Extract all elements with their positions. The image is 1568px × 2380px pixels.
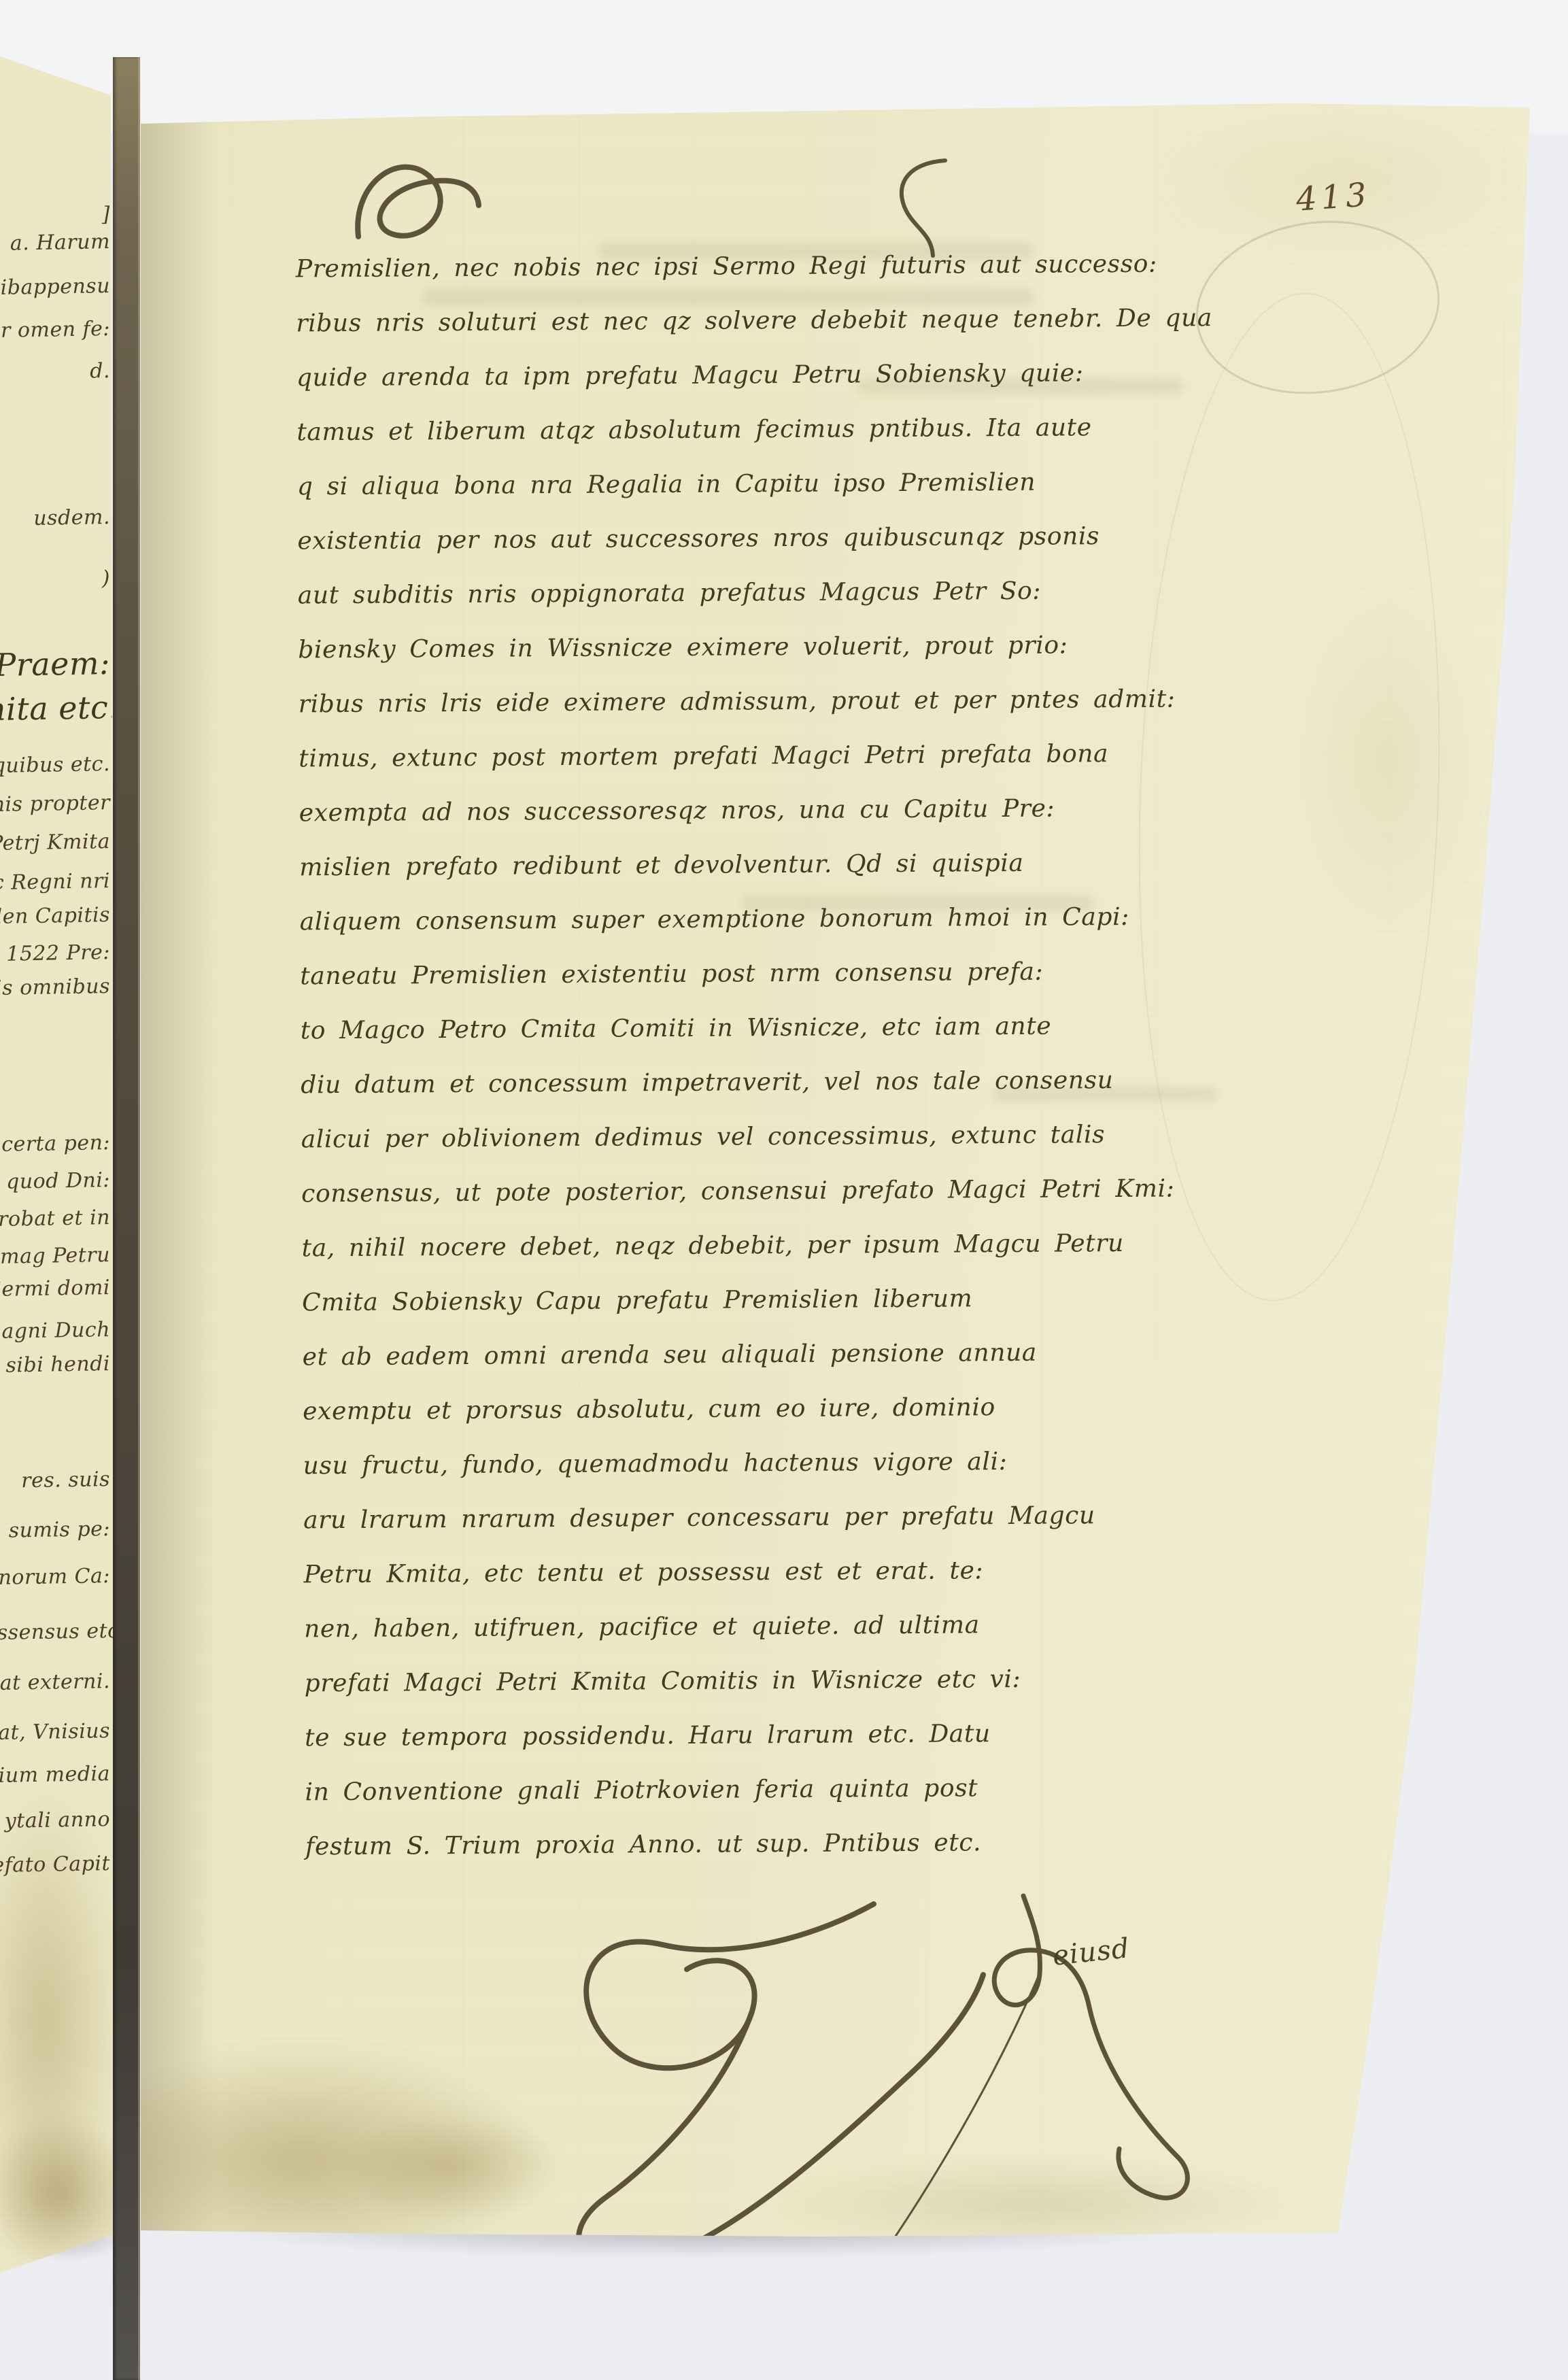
text-line: prefati Magci Petri Kmita Comitis in Wis…: [304, 1651, 1276, 1712]
left-page-fragment: apit 1522 Pre:: [0, 940, 114, 967]
body-text: Premislien, nec nobis nec ipsi Sermo Reg…: [296, 237, 1278, 1875]
text-line: diu datum et concessum impetraverit, vel…: [301, 1053, 1273, 1113]
left-page-fragment: Colen Capitis: [0, 903, 114, 930]
left-page-fragment: magni Duch: [0, 1318, 114, 1344]
manuscript-page: 413 Premislien, nec nobis nec ipsi Sermo…: [0, 0, 1568, 2380]
left-page-fragment: ytali anno: [0, 1807, 114, 1834]
text-line: Premislien, nec nobis nec ipsi Sermo Reg…: [296, 237, 1268, 297]
text-line: aliquem consensum super exemptione bonor…: [300, 889, 1272, 950]
left-page-fragment: usdem.: [0, 505, 114, 532]
left-page-fragment: d.: [0, 359, 114, 386]
text-line: q si aliqua bona nra Regalia in Capitu i…: [297, 454, 1269, 515]
left-page-fragment: ibappensu: [0, 274, 114, 301]
text-line: ribus nris soluturi est nec qz solvere d…: [296, 291, 1268, 352]
left-page-fragment: res. suis: [0, 1467, 114, 1494]
gutter-shadow: [136, 102, 218, 2237]
left-page-fragment: ij cossensus etc:: [0, 1619, 114, 1646]
text-line: festum S. Trium proxia Anno. ut sup. Pnt…: [305, 1814, 1278, 1875]
text-line: ta, nihil nocere debet, neqz debebit, pe…: [301, 1216, 1274, 1276]
left-page-fragment: Kmita etc.: [0, 689, 114, 728]
left-page-fragment: rum sumis pe:: [0, 1517, 114, 1544]
left-page-fragment: Petrj Kmita: [0, 830, 114, 856]
text-line: aut subditis nris oppignorata prefatus M…: [298, 563, 1270, 624]
text-line: exempta ad nos successoresqz nros, una c…: [299, 781, 1272, 841]
text-line: mislien prefato redibunt et devolventur.…: [299, 835, 1272, 896]
left-page-fragment: prefato Capit: [0, 1852, 114, 1878]
left-page-fragment: re. sibi hendi: [0, 1352, 114, 1378]
text-line: tamus et liberum atqz absolutum fecimus …: [296, 400, 1269, 460]
folio-number: 413: [1295, 175, 1371, 219]
scanner-background: [0, 2230, 1568, 2380]
text-line: usu fructu, fundo, quemadmodu hactenus v…: [303, 1433, 1275, 1494]
left-page-fragment: plicat externi.: [0, 1669, 114, 1696]
text-line: Petru Kmita, etc tentu et possessu est e…: [303, 1542, 1276, 1603]
left-page-fragment: ]: [0, 203, 114, 229]
left-page-fragment: pntium media: [0, 1762, 114, 1788]
text-line: ribus nris lris eide eximere admissum, p…: [299, 672, 1271, 732]
text-line: nen, haben, utifruen, pacifice et quiete…: [304, 1597, 1276, 1657]
text-line: taneatu Premislien existentiu post nrm c…: [300, 944, 1272, 1004]
text-line: in Conventione gnali Piotrkovien feria q…: [305, 1760, 1277, 1820]
text-line: aru lrarum nrarum desuper concessaru per…: [303, 1488, 1276, 1548]
text-line: biensky Comes in Wissnicze eximere volue…: [298, 617, 1270, 678]
left-page-fragment: bonorum Ca:: [0, 1564, 114, 1591]
text-line: timus, extunc post mortem prefati Magci …: [299, 726, 1271, 787]
left-page-fragment: mag Petru: [0, 1243, 114, 1270]
text-line: to Magco Petro Cmita Comiti in Wisnicze,…: [301, 998, 1273, 1059]
left-page-fragment: r omen fe:: [0, 317, 114, 343]
left-page-fragment: erat, Vnisius: [0, 1719, 114, 1746]
left-page-fragment: et Sermi domi: [0, 1276, 114, 1302]
left-page-fragment: quibus etc.: [0, 752, 114, 779]
text-line: existentia per nos aut successores nros …: [297, 509, 1269, 569]
text-line: consensus, ut pote posterior, consensui …: [301, 1161, 1274, 1222]
left-page-fragment: ac Regni nri: [0, 869, 114, 896]
left-page-fragment: sub certa pen:: [0, 1131, 114, 1157]
text-line: te sue tempora possidendu. Haru lrarum e…: [305, 1705, 1277, 1766]
left-page-fragment: a. Harum: [0, 230, 114, 256]
text-line: exemptu et prorsus absolutu, cum eo iure…: [303, 1379, 1275, 1440]
left-page-fragment: approbat et in: [0, 1206, 114, 1232]
manuscript-scan: ]a. Harumibappensur omen fe:d.usdem.)Pra…: [0, 0, 1568, 2380]
text-line: alicui per oblivionem dedimus vel conces…: [301, 1107, 1274, 1168]
text-line: Cmita Sobiensky Capu prefatu Premislien …: [302, 1270, 1274, 1331]
left-page-fragment: quod Dni:: [0, 1168, 114, 1195]
text-line: quide arenda ta ipm prefatu Magcu Petru …: [296, 345, 1269, 406]
left-page-fragment: Praem:: [0, 645, 114, 684]
book-gutter: [113, 57, 140, 2380]
left-page-fragment: villis omnibus: [0, 974, 114, 1001]
text-line: et ab eadem omni arenda seu aliquali pen…: [302, 1325, 1274, 1385]
left-page-fragment: nis propter: [0, 791, 114, 817]
left-page-fragment: ): [0, 566, 114, 593]
